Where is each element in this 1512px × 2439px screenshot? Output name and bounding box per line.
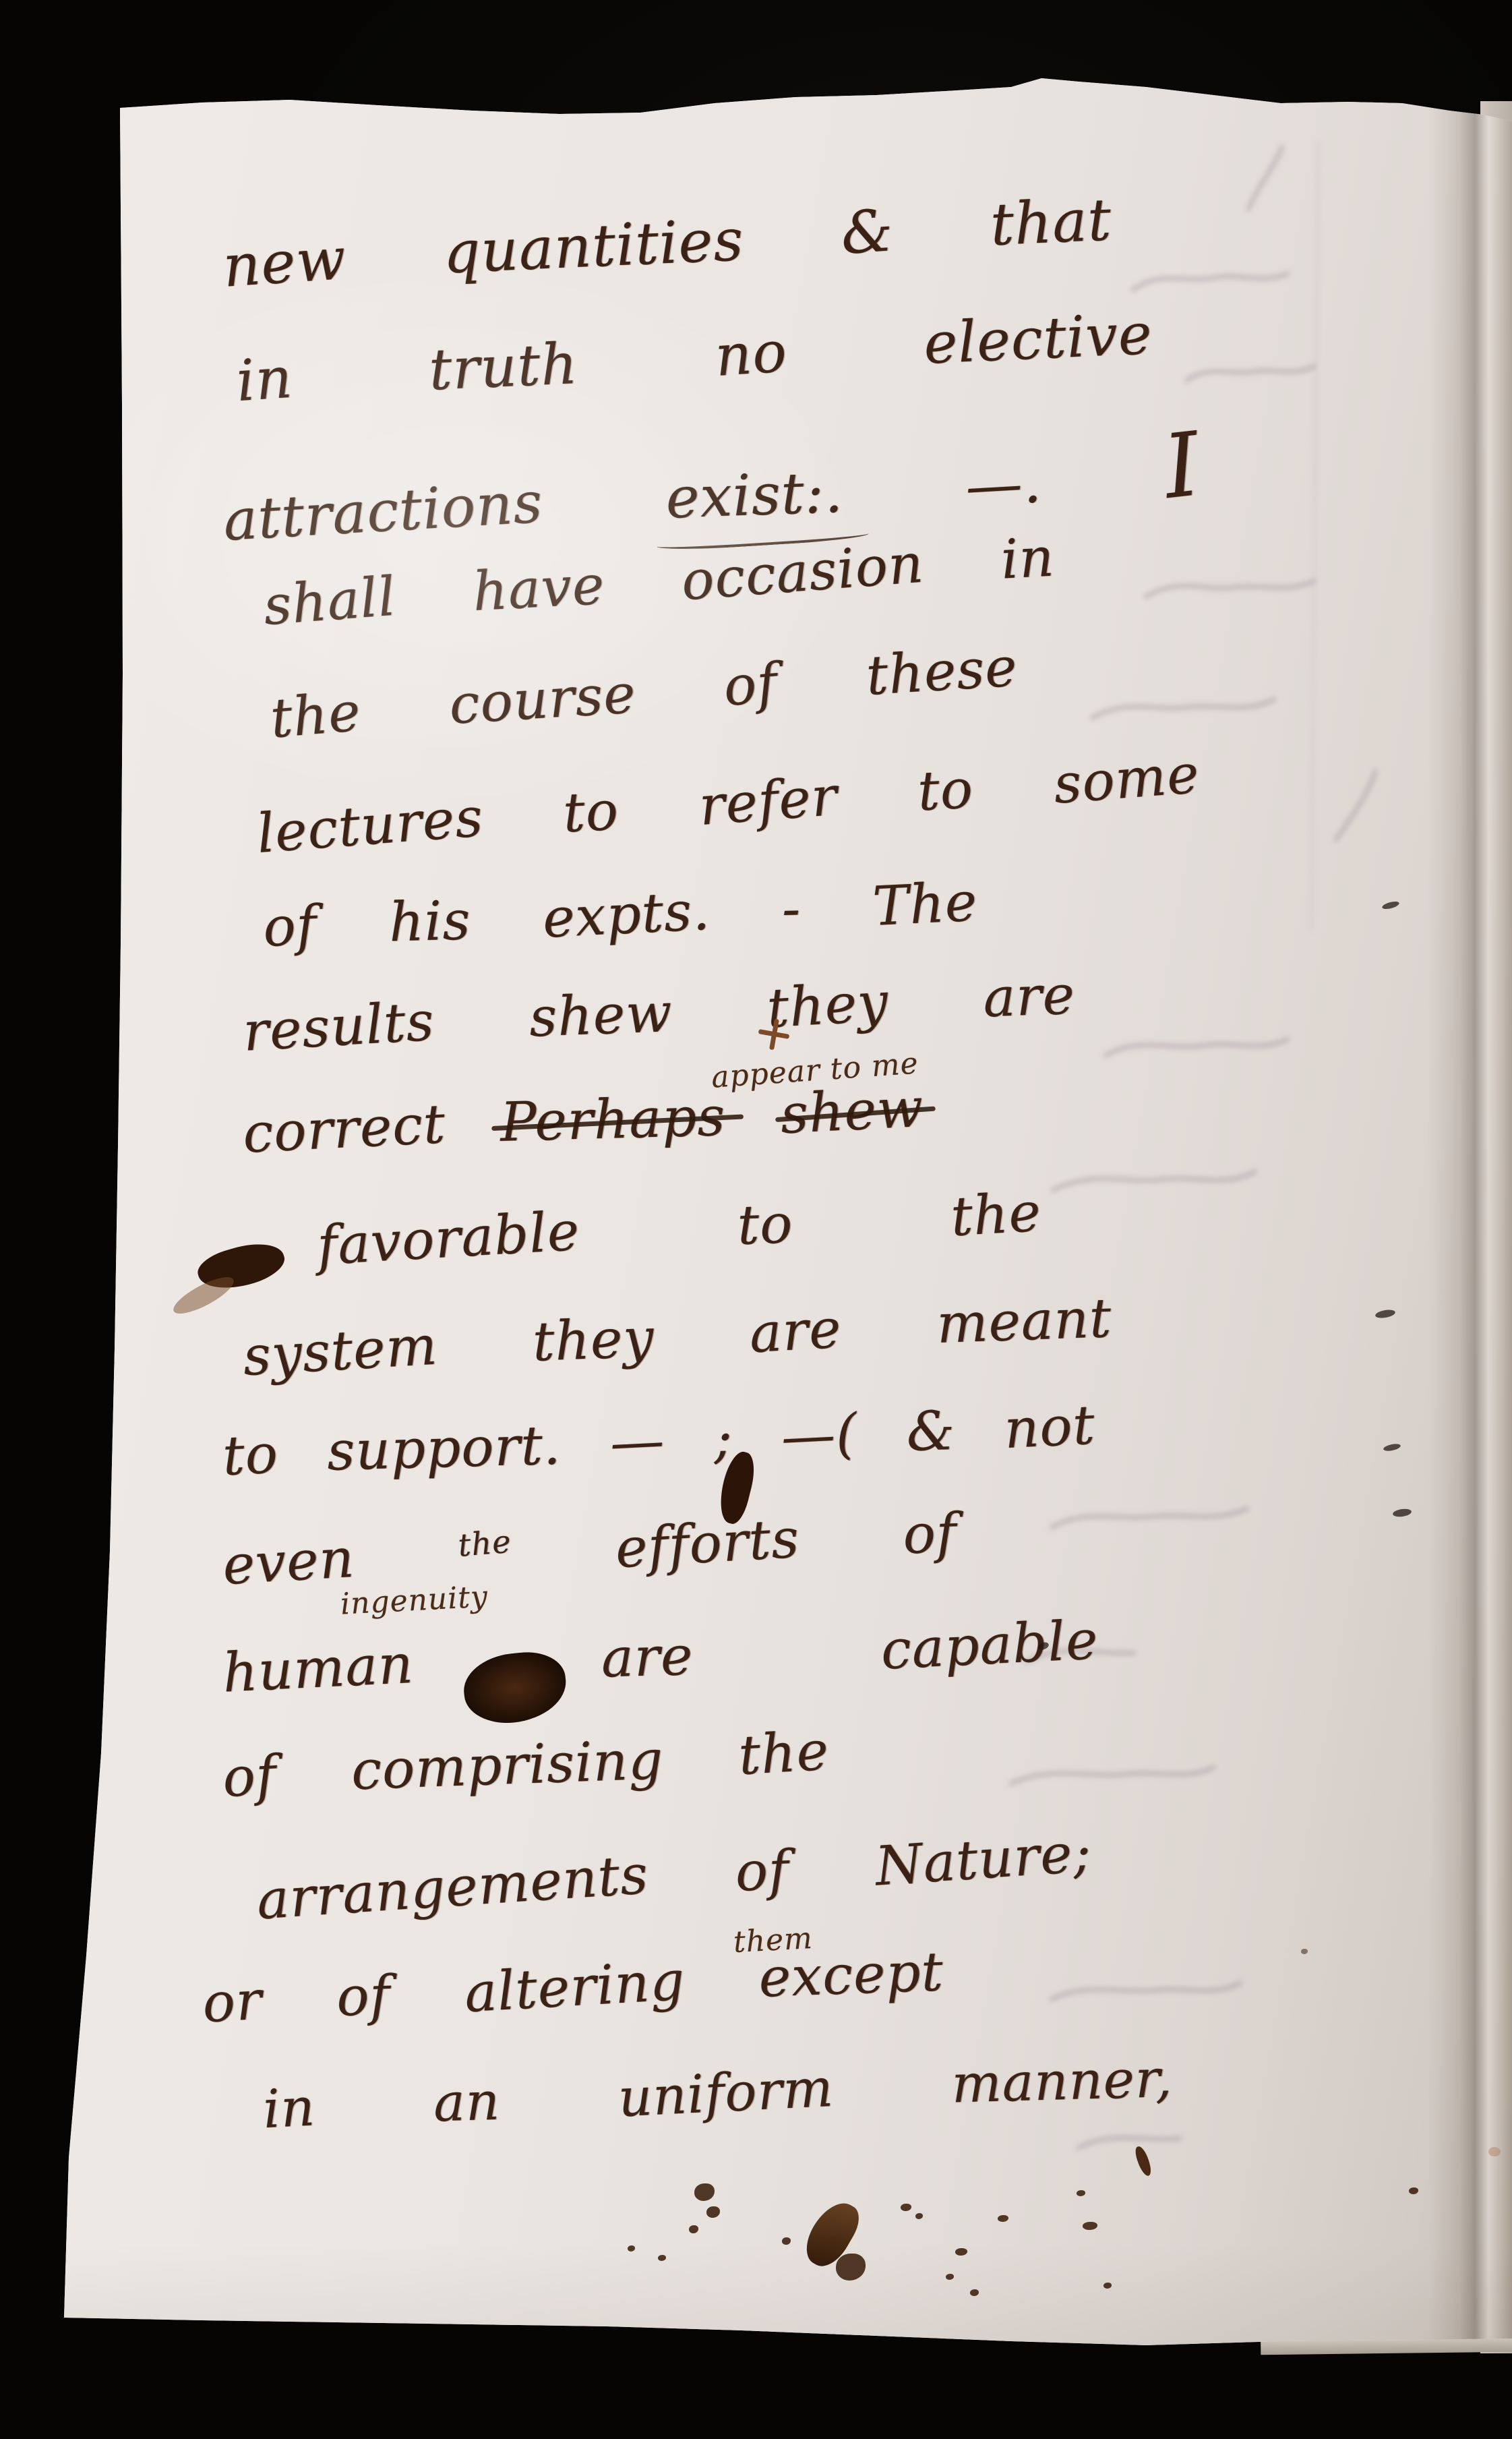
manuscript-word: the xyxy=(456,1523,512,1564)
manuscript-word: in xyxy=(235,345,295,414)
manuscript-line: humanarecapable xyxy=(222,1610,1099,1703)
ink-spatter xyxy=(915,2213,923,2219)
manuscript-word: course xyxy=(447,662,637,736)
manuscript-word: or xyxy=(201,1969,264,2035)
manuscript-line: arrangementsofNature; xyxy=(255,1823,1093,1929)
rust-stain xyxy=(1488,2147,1501,2156)
manuscript-word: I xyxy=(1158,413,1205,519)
manuscript-word: — xyxy=(609,1409,666,1474)
manuscript-word: they xyxy=(532,1306,655,1373)
manuscript-word: of xyxy=(262,893,318,959)
manuscript-word: favorable xyxy=(315,1200,581,1277)
ink-spatter xyxy=(689,2225,698,2233)
manuscript-word: altering xyxy=(462,1949,686,2025)
manuscript-line: ofcomprisingthe xyxy=(221,1720,830,1809)
manuscript-line: orofalteringexcept xyxy=(201,1939,944,2034)
manuscript-word: are xyxy=(601,1624,694,1690)
manuscript-line: attractionsexist:.—.I xyxy=(220,413,1201,558)
ink-spatter xyxy=(628,2245,635,2252)
paper-tear xyxy=(1381,900,1399,910)
manuscript-word: correct xyxy=(241,1092,447,1165)
manuscript-line: eventheeffortsof xyxy=(221,1501,958,1595)
manuscript-word: of xyxy=(902,1502,958,1566)
ink-spatter xyxy=(998,2215,1008,2222)
ink-spatter xyxy=(658,2255,666,2261)
manuscript-word: that xyxy=(989,186,1113,259)
manuscript-word: arrangements xyxy=(255,1843,651,1931)
manuscript-word: capable xyxy=(880,1608,1100,1682)
inserted-word-them: them xyxy=(733,1921,814,1960)
manuscript-word: of xyxy=(335,1964,391,2028)
manuscript-word: Nature; xyxy=(874,1821,1093,1898)
manuscript-word: of xyxy=(221,1744,278,1809)
manuscript-word: the xyxy=(737,1720,830,1788)
manuscript-word: the xyxy=(268,680,363,751)
ink-spatter xyxy=(970,2289,979,2296)
manuscript-line: inanuniformmanner, xyxy=(262,2047,1174,2140)
paper-tear xyxy=(1383,1442,1401,1452)
manuscript-word: comprising xyxy=(351,1728,665,1802)
manuscript-line: thecourseofthese xyxy=(268,635,1019,749)
manuscript-word: expts. xyxy=(541,879,712,950)
manuscript-word: these xyxy=(864,635,1019,707)
manuscript-line: lecturestorefertosome xyxy=(255,743,1201,863)
ink-spatter xyxy=(1083,2222,1097,2230)
manuscript-line: intruthnoelective xyxy=(235,299,1153,413)
manuscript-word: shall xyxy=(262,565,398,637)
manuscript-line: newquantities&that xyxy=(221,186,1113,300)
manuscript-word: attractions xyxy=(222,469,545,554)
manuscript-word: shew xyxy=(528,981,673,1049)
manuscript-word: of xyxy=(733,1838,790,1903)
ink-spatter xyxy=(901,2204,911,2211)
paper-tear xyxy=(1392,1508,1412,1518)
manuscript-word: the xyxy=(949,1181,1043,1249)
manuscript-word: - xyxy=(781,877,801,941)
manuscript-word: have xyxy=(471,554,606,623)
manuscript-word: truth xyxy=(428,330,580,403)
manuscript-word: to xyxy=(221,1422,280,1488)
manuscript-word: elective xyxy=(922,301,1153,377)
manuscript-word: manner, xyxy=(951,2049,1174,2115)
manuscript-word: Perhaps xyxy=(500,1085,727,1154)
photograph-of-manuscript: newquantities&thatintruthnoelectiveattra… xyxy=(0,0,1512,2439)
manuscript-word: refer xyxy=(697,765,840,838)
ink-spatter xyxy=(1077,2190,1085,2196)
manuscript-word: results xyxy=(241,990,436,1063)
manuscript-line: systemtheyaremeant xyxy=(242,1286,1114,1386)
ink-spatter xyxy=(1103,2283,1112,2289)
manuscript-word: no xyxy=(713,318,789,389)
ink-spatter-streak xyxy=(1133,2145,1153,2178)
ink-spatter xyxy=(946,2274,954,2280)
manuscript-word: The xyxy=(871,870,979,937)
manuscript-word: his xyxy=(388,889,472,953)
manuscript-word: to xyxy=(562,779,620,844)
manuscript-word: efforts xyxy=(613,1507,801,1581)
inserted-word-ingenuity: ingenuity xyxy=(340,1579,489,1621)
page-fold-shading xyxy=(1428,101,1512,2347)
manuscript-word: are xyxy=(982,964,1076,1030)
manuscript-word: quantities xyxy=(442,206,746,287)
ink-spatter xyxy=(782,2237,791,2245)
manuscript-line: ofhisexpts.-The xyxy=(262,871,979,959)
manuscript-word: human xyxy=(221,1633,415,1705)
manuscript-word: ; xyxy=(713,1407,733,1470)
manuscript-word: of xyxy=(721,651,780,718)
ink-fleck xyxy=(1301,1949,1308,1954)
manuscript-word: to xyxy=(736,1192,794,1257)
manuscript-word: —. xyxy=(964,449,1044,519)
ink-spatter xyxy=(694,2183,715,2201)
manuscript-word: in xyxy=(999,526,1056,591)
manuscript-word: meant xyxy=(936,1287,1113,1355)
manuscript-word: lectures xyxy=(255,786,485,865)
manuscript-word: system xyxy=(241,1314,440,1388)
manuscript-word: exist:. xyxy=(665,459,844,531)
manuscript-word: not xyxy=(1003,1394,1097,1461)
ink-spatter xyxy=(955,2248,967,2256)
paper-tear xyxy=(1374,1308,1395,1319)
manuscript-word: in xyxy=(262,2077,316,2140)
manuscript-word: new xyxy=(221,225,349,301)
manuscript-line: correctPerhapsshew xyxy=(242,1077,925,1163)
manuscript-word: —( xyxy=(780,1402,859,1468)
manuscript-word: even xyxy=(221,1527,356,1597)
manuscript-word: to xyxy=(916,757,975,823)
manuscript-line: resultsshewtheyare xyxy=(242,963,1077,1062)
manuscript-word: they xyxy=(765,970,890,1040)
manuscript-word: are xyxy=(748,1297,843,1365)
manuscript-line: favorabletothe xyxy=(315,1181,1042,1276)
ink-spatter xyxy=(1409,2187,1418,2194)
manuscript-word: an xyxy=(433,2071,501,2134)
manuscript-word: & xyxy=(906,1399,957,1463)
ink-spatter xyxy=(706,2206,720,2218)
manuscript-word: & xyxy=(839,197,896,268)
manuscript-word: support. xyxy=(326,1414,562,1483)
ink-spatter xyxy=(836,2254,866,2281)
manuscript-word: uniform xyxy=(617,2058,835,2129)
manuscript-word: some xyxy=(1051,742,1201,816)
manuscript-line: tosupport.—;—(&not xyxy=(222,1394,1096,1487)
manuscript-page: newquantities&thatintruthnoelectiveattra… xyxy=(0,0,1512,2439)
